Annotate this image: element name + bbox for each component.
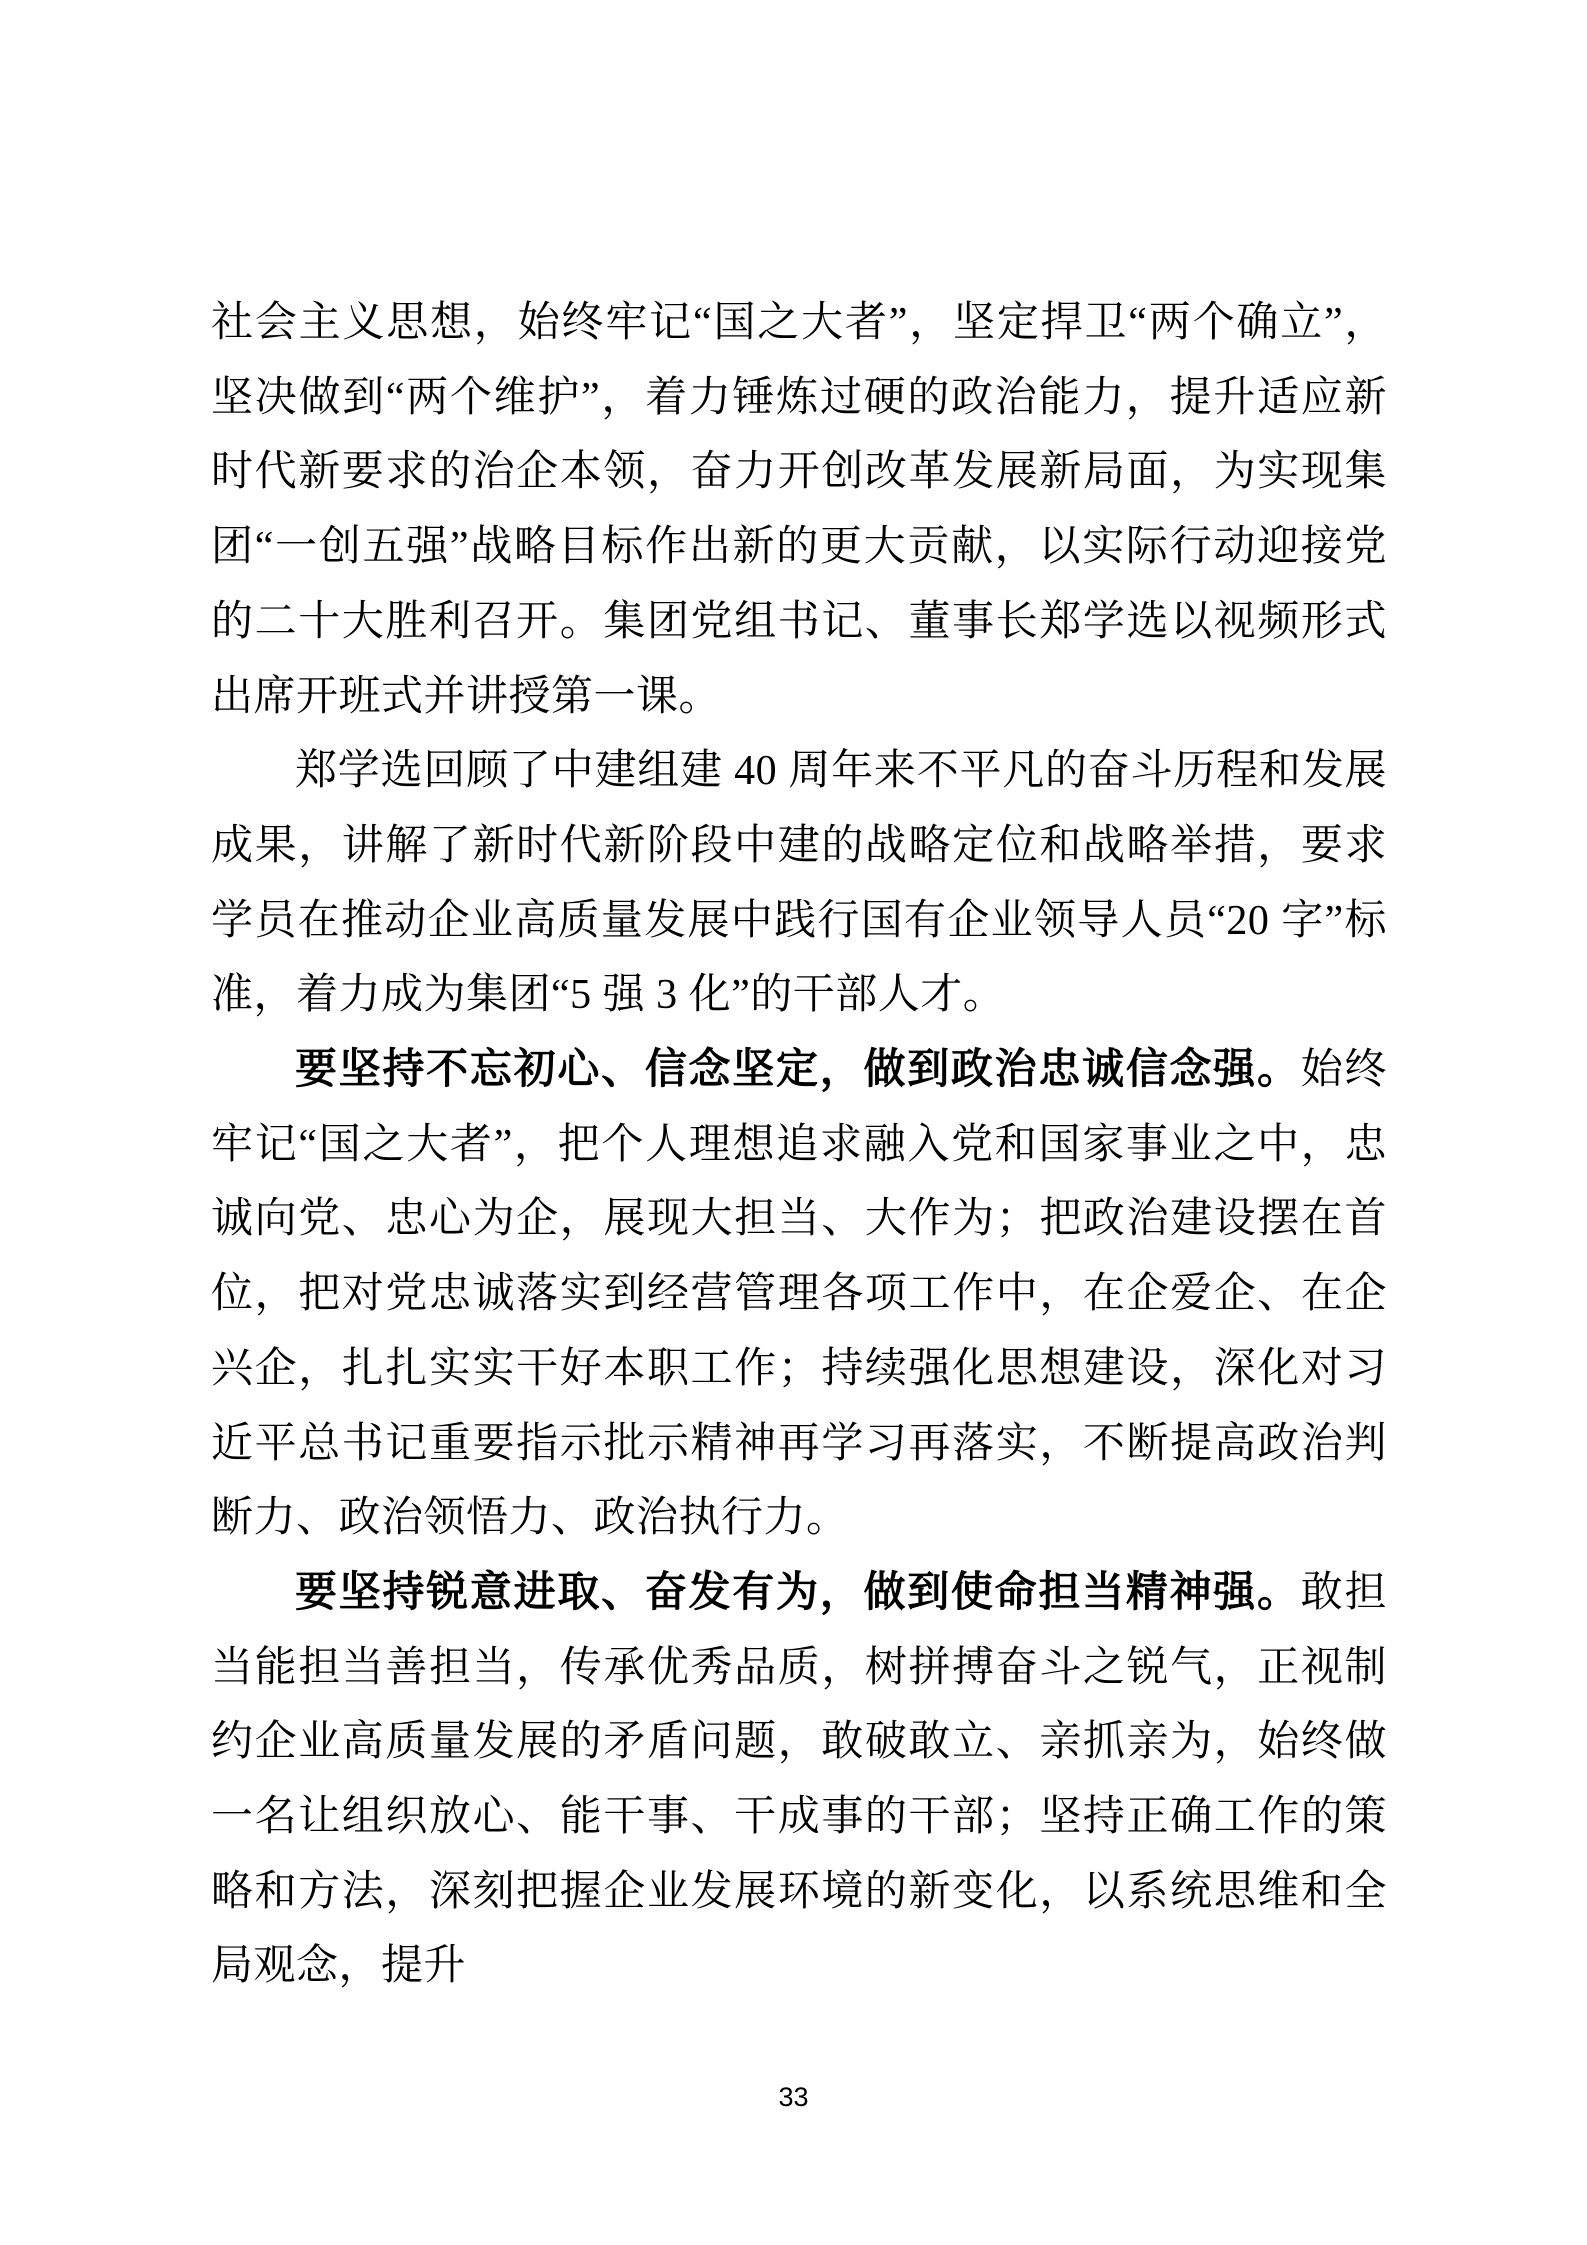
paragraph-text: 社会主义思想，始终牢记“国之大者”，坚定捍卫“两个确立”，坚决做到“两个维护”，… [211, 300, 1387, 720]
page-number: 33 [0, 2082, 1587, 2113]
paragraph-point-1: 要坚持不忘初心、信念坚定，做到政治忠诚信念强。始终牢记“国之大者”，把个人理想追… [211, 1033, 1387, 1556]
paragraph-text: 郑学选回顾了中建组建 40 周年来不平凡的奋斗历程和发展成果，讲解了新时代新阶段… [211, 748, 1387, 1018]
document-page: { "page": { "background_color": "#ffffff… [0, 0, 1587, 2245]
paragraph-continuation: 社会主义思想，始终牢记“国之大者”，坚定捍卫“两个确立”，坚决做到“两个维护”，… [211, 286, 1387, 734]
paragraph-text: 始终牢记“国之大者”，把个人理想追求融入党和国家事业之中，忠诚向党、忠心为企，展… [211, 1047, 1387, 1541]
paragraph-point-2: 要坚持锐意进取、奋发有为，做到使命担当精神强。敢担当能担当善担当，传承优秀品质，… [211, 1556, 1387, 2004]
paragraph-lead-bold: 要坚持锐意进取、奋发有为，做到使命担当精神强。 [295, 1570, 1301, 1616]
paragraph-overview: 郑学选回顾了中建组建 40 周年来不平凡的奋斗历程和发展成果，讲解了新时代新阶段… [211, 734, 1387, 1033]
paragraph-lead-bold: 要坚持不忘初心、信念坚定，做到政治忠诚信念强。 [295, 1047, 1301, 1093]
paragraph-text: 敢担当能担当善担当，传承优秀品质，树拼搏奋斗之锐气，正视制约企业高质量发展的矛盾… [211, 1570, 1387, 1990]
document-body: 社会主义思想，始终牢记“国之大者”，坚定捍卫“两个确立”，坚决做到“两个维护”，… [211, 286, 1387, 2004]
